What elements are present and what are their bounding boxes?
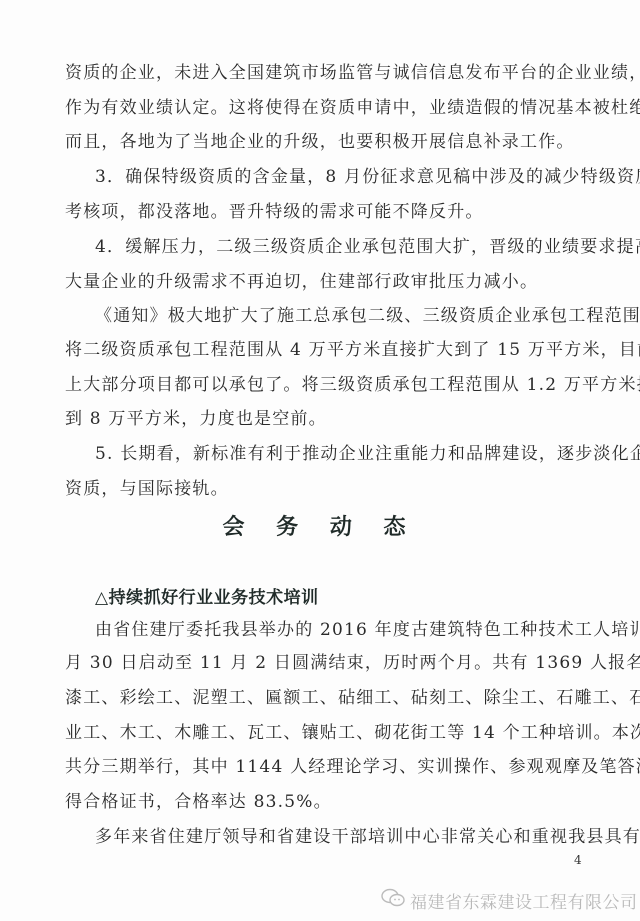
list-item-4-line: 4．缓解压力，二级三级资质企业承包范围大扩，晋级的业绩要求提高，: [95, 236, 589, 258]
paragraph-line: 业工、木工、木雕工、瓦工、镶贴工、砌花街工等 14 个工种培训。本次培训: [65, 722, 589, 744]
paragraph-line: 多年来省住建厅领导和省建设干部培训中心非常关心和重视我县具有传: [95, 826, 589, 848]
section-heading: 会 务 动 态: [0, 510, 640, 541]
paragraph-line: 《通知》极大地扩大了施工总承包二级、三级资质企业承包工程范围。: [95, 305, 589, 327]
wechat-icon: [380, 888, 406, 913]
paragraph-line: 资质，与国际接轨。: [65, 478, 589, 500]
page-number: 4: [574, 853, 582, 867]
paragraph-line: 作为有效业绩认定。这将使得在资质申请中，业绩造假的情况基本被杜绝。: [65, 97, 589, 119]
paragraph-line: 上大部分项目都可以承包了。将三级资质承包工程范围从 1.2 万平方米提升: [65, 374, 589, 396]
paragraph-line: 将二级资质承包工程范围从 4 万平方米直接扩大到了 15 万平方米，目前市场: [65, 339, 589, 361]
subheading: △持续抓好行业业务技术培训: [95, 583, 319, 608]
watermark: 福建省东霖建设工程有限公司: [380, 888, 638, 913]
watermark-text: 福建省东霖建设工程有限公司: [410, 888, 638, 913]
paragraph-line: 资质的企业，未进入全国建筑市场监管与诚信信息发布平台的企业业绩，不: [65, 62, 589, 84]
paragraph-line: 漆工、彩绘工、泥塑工、匾额工、砧细工、砧刻工、除尘工、石雕工、石作: [65, 687, 589, 709]
paragraph-line: 共分三期举行，其中 1144 人经理论学习、实训操作、参观观摩及笔答测试取: [65, 756, 589, 778]
paragraph-line: 考核项，都没落地。晋升特级的需求可能不降反升。: [65, 201, 589, 223]
paragraph-line: 月 30 日启动至 11 月 2 日圆满结束，历时两个月。共有 1369 人报名…: [65, 652, 589, 674]
list-item-5-line: 5. 长期看，新标准有利于推动企业注重能力和品牌建设，逐步淡化企业: [95, 443, 589, 465]
paragraph-line: 大量企业的升级需求不再迫切，住建部行政审批压力减小。: [65, 271, 589, 293]
list-item-3-line: 3．确保特级资质的含金量，8 月份征求意见稿中涉及的减少特级资质的: [95, 166, 589, 188]
paragraph-line: 由省住建厅委托我县举办的 2016 年度古建筑特色工种技术工人培训于 8: [95, 619, 589, 641]
paragraph-line: 到 8 万平方米，力度也是空前。: [65, 408, 589, 430]
paragraph-line: 而且，各地为了当地企业的升级，也要积极开展信息补录工作。: [65, 131, 589, 153]
paragraph-line: 得合格证书，合格率达 83.5%。: [65, 791, 589, 813]
document-page: 资质的企业，未进入全国建筑市场监管与诚信信息发布平台的企业业绩，不 作为有效业绩…: [0, 0, 640, 921]
